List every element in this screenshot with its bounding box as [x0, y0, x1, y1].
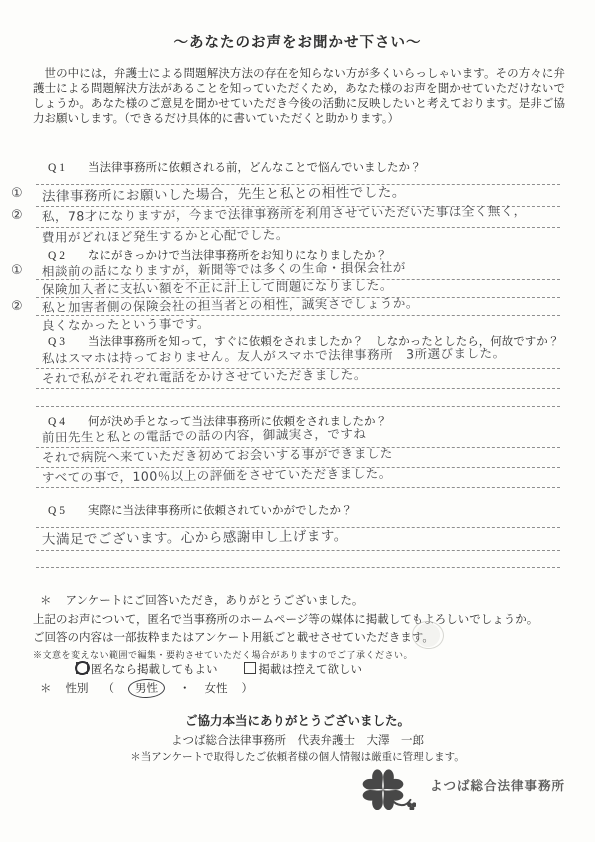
anonymous-ok-checkbox — [76, 662, 88, 674]
question-text: 実際に当法律事務所に依頼されていかがでしたか？ — [88, 505, 353, 517]
decline-checkbox — [244, 662, 256, 674]
handwritten-text: 法律事務所にお願いした場合，先生と私との相性でした。 — [36, 180, 406, 205]
answer-line: 費用がどれほど発生するかと心配でした。 — [36, 228, 560, 247]
answer-marker: ① — [11, 263, 23, 278]
anonymous-ok-label: 匿名なら掲載してもよい — [91, 664, 218, 676]
publish-options: 匿名なら掲載してもよい掲載は控えて欲しい — [76, 661, 362, 677]
answer-area-q1: ① 法律事務所にお願いした場合，先生と私との相性でした。 ② 私，78才になりま… — [36, 184, 560, 247]
answer-line: 良くなかったという事です。 — [36, 316, 560, 332]
handwritten-text: 良くなかったという事です。 — [36, 314, 210, 334]
bullet: ＊ — [40, 683, 52, 695]
gender-male-circled: 男性 — [128, 678, 166, 698]
answer-line: すべての事で，100％以上の評価をさせていただきました。 — [36, 468, 560, 488]
answer-line-empty — [36, 551, 560, 568]
gender-row: ＊性別（男性・女性） — [40, 679, 253, 698]
questionnaire-sheet: ～あなたのお声をお聞かせ下さい～ 世の中には，弁護士による問題解決方法の存在を知… — [0, 0, 595, 842]
gender-label: 性別 — [66, 683, 89, 695]
answer-line: 大満足でございます。心から感謝申し上げます。 — [36, 528, 560, 551]
paren-close: ） — [242, 683, 254, 695]
publish-consent-line2: ご回答の内容は一部抜粋またはアンケート用紙ごと載せさせていただきます。 — [33, 629, 434, 645]
answer-line: ② 私，78才になりますが，今まで法律事務所を利用させていただいた事は全く無く， — [36, 207, 560, 228]
question-q1: Q1当法律事務所に依頼される前，どんなことで悩んでいましたか？ — [48, 159, 422, 175]
gender-female: 女性 — [205, 683, 228, 695]
office-representative-line: よつば総合法律事務所 代表弁護士 大澤 一郎 — [0, 732, 595, 748]
answer-area-q2: ① 相談前の話になりますが，新聞等では多くの生命・損保会社が 保険加入者に支払い… — [36, 262, 560, 332]
answer-area-q4: 前田先生と私との電話での話の内容，御誠実さ，ですね それで病院へ来ていただき初め… — [36, 428, 560, 488]
handwritten-text: 私と加害者側の保険会社の担当者との相性，誠実さでしょうか。 — [36, 293, 419, 316]
question-text: 当法律事務所に依頼される前，どんなことで悩んでいましたか？ — [88, 162, 422, 174]
decline-label: 掲載は控えて欲しい — [259, 664, 363, 676]
answer-line-empty — [36, 389, 560, 407]
bullet: ＊ — [40, 595, 52, 607]
question-label: Q1 — [48, 162, 88, 174]
answer-marker: ② — [11, 299, 23, 314]
page-title: ～あなたのお声をお聞かせ下さい～ — [0, 31, 595, 52]
gender-separator: ・ — [179, 683, 191, 695]
closing-thanks: ご協力本当にありがとうございました。 — [0, 711, 595, 729]
answer-marker: ② — [11, 208, 23, 223]
handwritten-text: それで病院へ来ていただき初めてお会いする事ができました — [36, 444, 393, 466]
thanks-note: ＊アンケートにご回答いただき，ありがとうございました。 — [40, 592, 363, 608]
answer-line: それで私がそれぞれ電話をかけさせていただきました。 — [36, 369, 560, 389]
publish-consent-line1: 上記のお声について，匿名で当事務所のホームページ等の媒体に掲載してもよろしいでし… — [33, 611, 538, 627]
question-label: Q4 — [48, 416, 88, 428]
logo-office-name: よつば総合法律事務所 — [430, 776, 565, 794]
question-label: Q3 — [48, 336, 88, 348]
question-label: Q2 — [48, 250, 88, 262]
intro-paragraph: 世の中には，弁護士による問題解決方法の存在を知らない方が多くいらっしゃいます。そ… — [33, 67, 565, 127]
paren-open: （ — [103, 683, 115, 695]
answer-area-q3: 私はスマホは持っておりません。友人がスマホで法律事務所 3所選びました。 それで… — [36, 349, 560, 407]
handwritten-text: 費用がどれほど発生するかと心配でした。 — [36, 225, 289, 246]
question-label: Q5 — [48, 505, 88, 517]
answer-area-q5: 大満足でございます。心から感謝申し上げます。 — [36, 527, 560, 568]
question-q5: Q5実際に当法律事務所に依頼されていかがでしたか？ — [48, 502, 353, 518]
handwritten-text: すべての事で，100％以上の評価をさせていただきました。 — [36, 464, 392, 486]
answer-marker: ① — [11, 186, 23, 201]
edit-note: ※文意を変えない範囲で編集・要約させていただく場合がありますのでご了承ください。 — [33, 648, 413, 661]
clover-logo-icon — [350, 758, 416, 815]
handwritten-text: それで私がそれぞれ電話をかけさせていただきました。 — [36, 365, 367, 387]
handwritten-check-icon — [74, 660, 92, 677]
handwritten-text: 大満足でございます。心から感謝申し上げます。 — [36, 524, 348, 548]
privacy-note: ＊当アンケートで取得したご依頼者様の個人情報は厳重に管理します。 — [0, 749, 595, 764]
answer-line: ② 私と加害者側の保険会社の担当者との相性，誠実さでしょうか。 — [36, 298, 560, 316]
thanks-note-text: アンケートにご回答いただき，ありがとうございました。 — [66, 595, 364, 607]
handwritten-text: 前田先生と私との電話での話の内容，御誠実さ，ですね — [36, 424, 367, 446]
